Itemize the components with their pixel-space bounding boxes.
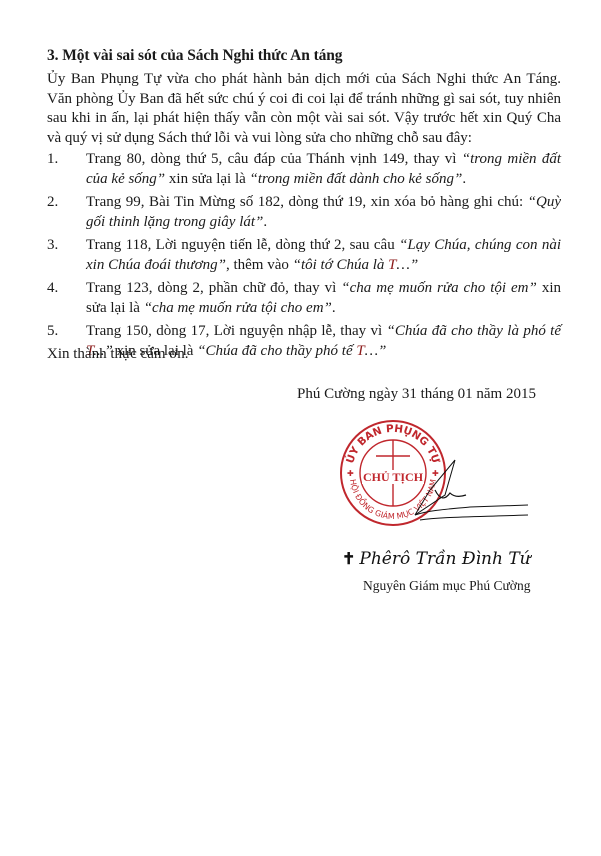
list-item: 2. Trang 99, Bài Tin Mừng số 182, dòng t… — [47, 193, 561, 232]
item-number: 2. — [47, 193, 58, 213]
section-heading: 3. Một vài sai sót của Sách Nghi thức An… — [47, 47, 342, 65]
document-page: 3. Một vài sai sót của Sách Nghi thức An… — [0, 0, 601, 856]
cross-icon: ✝ — [342, 549, 355, 568]
handwritten-signature-icon — [410, 455, 530, 525]
corrections-list: 1. Trang 80, dòng thứ 5, câu đáp của Thá… — [47, 150, 561, 365]
intro-paragraph: Ủy Ban Phụng Tự vừa cho phát hành bản dị… — [47, 70, 561, 148]
date-line: Phú Cường ngày 31 tháng 01 năm 2015 — [297, 386, 536, 403]
signer-name: ✝Phêrô Trần Đình Tứ — [342, 549, 531, 569]
closing-thanks: Xin thành thực cám ơn. — [47, 346, 188, 363]
list-item: 3. Trang 118, Lời nguyện tiến lễ, dòng t… — [47, 236, 561, 275]
signer-title: Nguyên Giám mục Phú Cường — [363, 578, 530, 594]
item-number: 4. — [47, 279, 58, 299]
list-item: 4. Trang 123, dòng 2, phần chữ đỏ, thay … — [47, 279, 561, 318]
item-number: 3. — [47, 236, 58, 256]
list-item: 1. Trang 80, dòng thứ 5, câu đáp của Thá… — [47, 150, 561, 189]
item-number: 1. — [47, 150, 58, 170]
item-number: 5. — [47, 322, 58, 342]
svg-text:✚: ✚ — [347, 469, 354, 478]
